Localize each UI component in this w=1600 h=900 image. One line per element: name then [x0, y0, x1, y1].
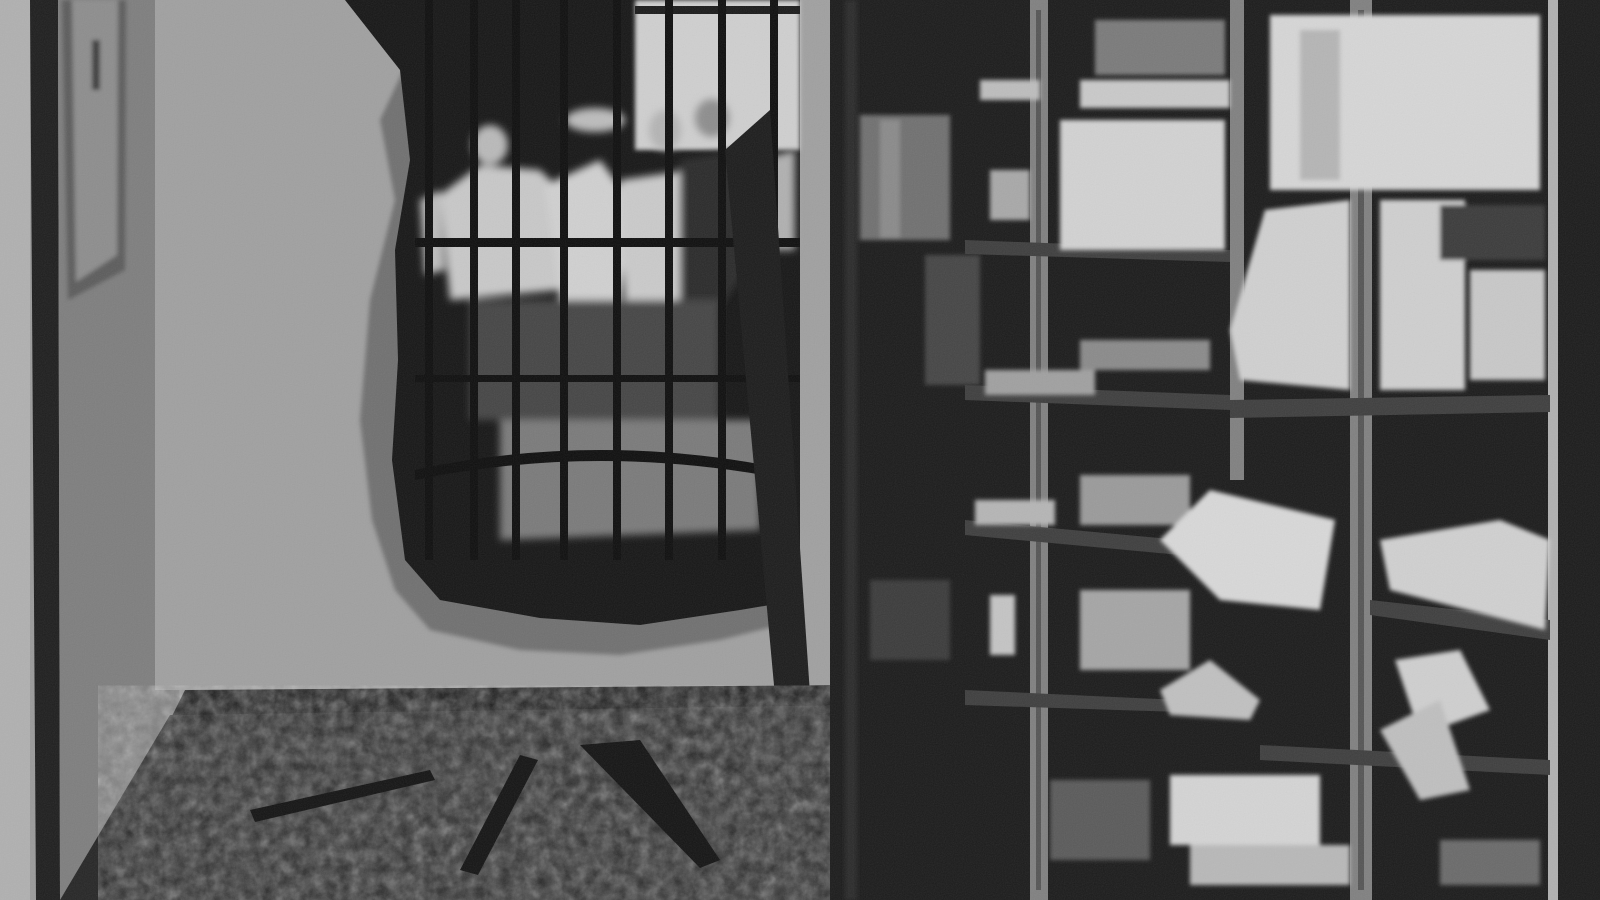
photograph — [0, 0, 1600, 900]
grain-overlay — [0, 0, 1600, 900]
